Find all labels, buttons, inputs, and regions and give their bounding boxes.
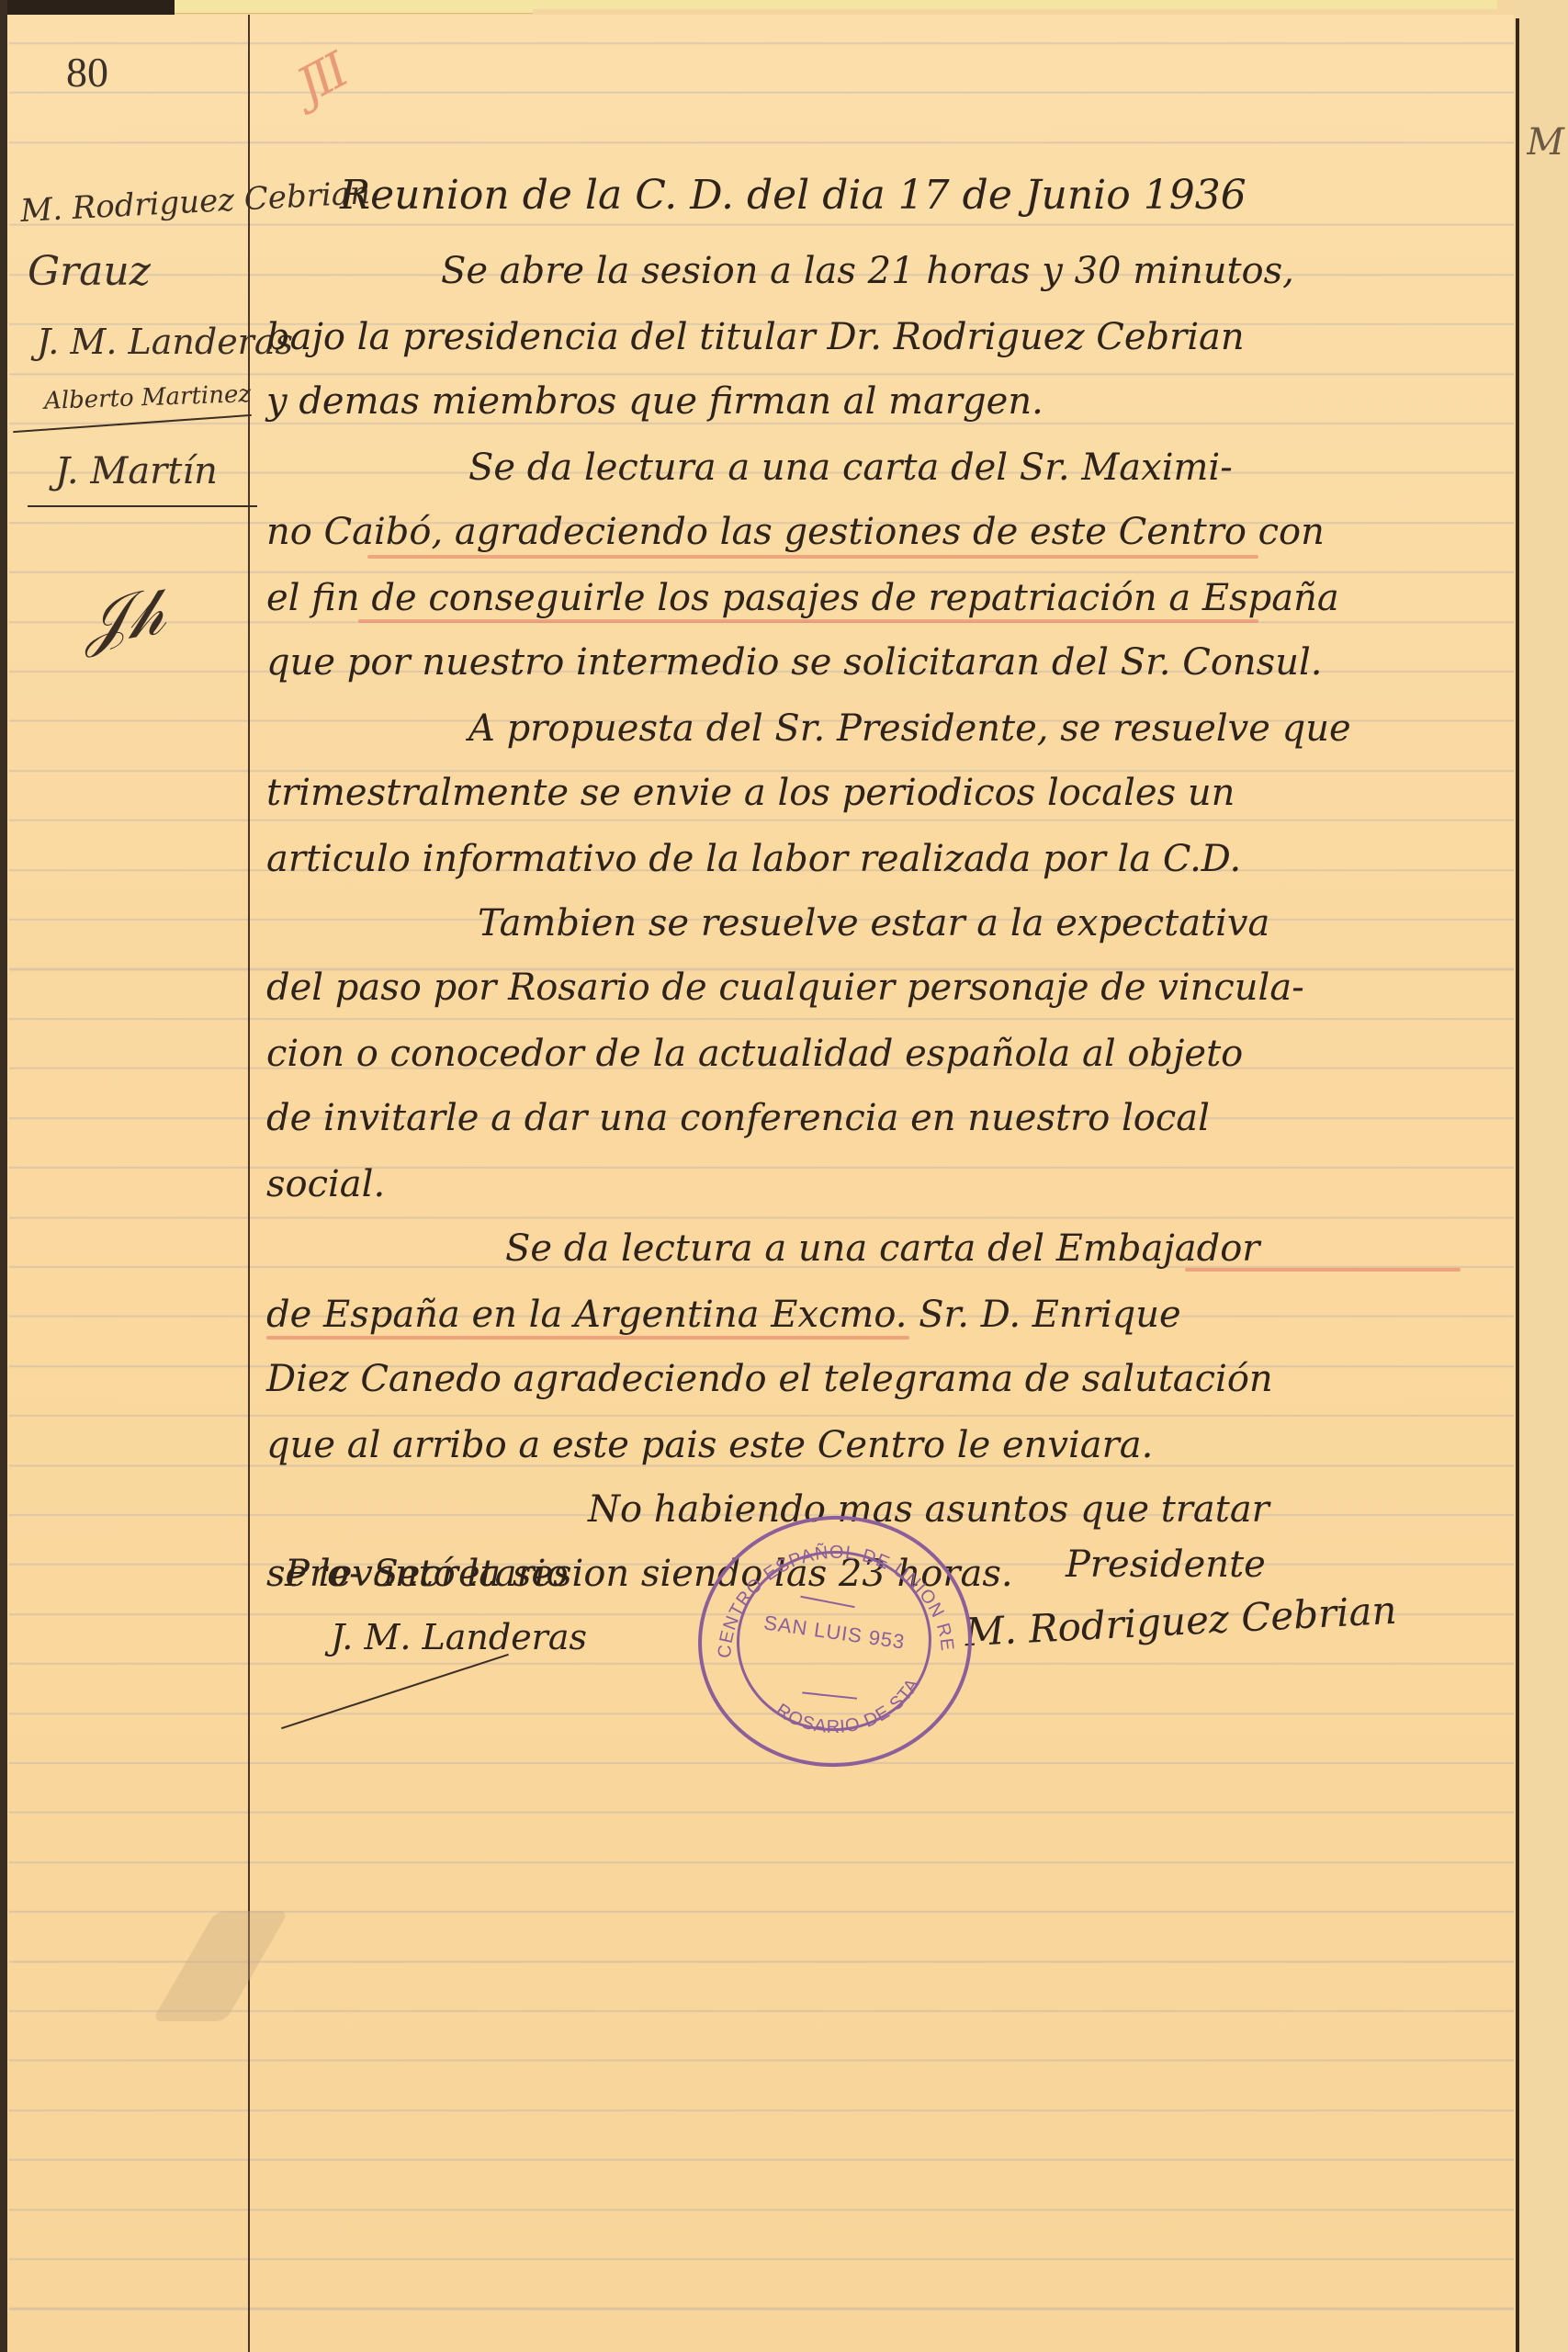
minutes-line: Tambien se resuelve estar a la expectati… [478, 893, 1269, 954]
signature-underline [28, 505, 257, 507]
organization-stamp: CENTRO ESPAÑOL DE UNION REPUBLICANA ROSA… [690, 1507, 980, 1776]
paper-tab [175, 0, 533, 14]
minutes-line: bajo la presidencia del titular Dr. Rodr… [266, 307, 1245, 367]
minutes-line: cion o conocedor de la actualidad españo… [266, 1023, 1243, 1084]
minutes-line: que al arribo a este pais este Centro le… [266, 1415, 1153, 1476]
minutes-line: no Caibó, agradeciendo las gestiones de … [266, 502, 1325, 562]
minutes-line: Se da lectura a una carta del Sr. Maximi… [468, 437, 1233, 498]
minutes-heading: Reunion de la C. D. del dia 17 de Junio … [340, 165, 1247, 226]
red-underline [367, 555, 1258, 559]
paper-tab [533, 0, 1497, 9]
minutes-line: A propuesta del Sr. Presidente, se resue… [468, 698, 1351, 759]
minutes-line: Se abre la sesion a las 21 horas y 30 mi… [441, 241, 1294, 301]
minutes-line: Se da lectura a una carta del Embajador [505, 1218, 1259, 1279]
margin-signature-flourish: 𝒥𝒽 [78, 573, 169, 661]
president-title: Presidente [1066, 1543, 1266, 1586]
minutes-line: Diez Canedo agradeciendo el telegrama de… [266, 1349, 1273, 1409]
minutes-line: de invitarle a dar una conferencia en nu… [266, 1088, 1210, 1148]
book-binding-edge [0, 0, 7, 2352]
page-gutter-line [1516, 18, 1519, 2352]
margin-signature: J. M. Landeras [37, 322, 293, 362]
facing-page-text: M. A. J. [1527, 110, 1567, 175]
minutes-line: trimestralmente se envie a los periodico… [266, 763, 1235, 823]
margin-rule [248, 15, 250, 2352]
red-underline [1185, 1268, 1461, 1272]
minutes-line: social. [266, 1154, 385, 1215]
minutes-line: que por nuestro intermedio se solicitara… [266, 632, 1322, 693]
facing-page-edge [1514, 0, 1568, 2352]
margin-signature: Grauz [28, 248, 151, 295]
red-underline [266, 1336, 909, 1340]
red-underline [358, 619, 1258, 623]
folio-number: 80 [66, 48, 108, 96]
secretary-title: Pro- Secretario [285, 1553, 569, 1595]
minutes-line: del paso por Rosario de cualquier person… [266, 957, 1304, 1018]
minutes-line: y demas miembros que firman al margen. [266, 371, 1043, 432]
margin-signature: J. Martín [55, 450, 218, 492]
svg-text:CENTRO ESPAÑOL DE UNION REPUBL: CENTRO ESPAÑOL DE UNION REPUBLICANA [694, 1510, 957, 1669]
secretary-signature: J. M. Landeras [331, 1617, 587, 1657]
minutes-line: articulo informativo de la labor realiza… [266, 829, 1241, 889]
